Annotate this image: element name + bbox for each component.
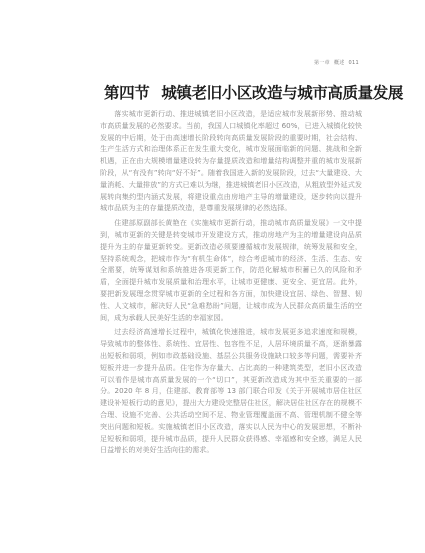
- section-title: 城镇老旧小区改造与城市高质量发展: [161, 84, 403, 102]
- section-number: 第四节: [104, 84, 149, 102]
- chapter-number: 第一章: [314, 60, 330, 66]
- page-number: 011: [349, 60, 359, 66]
- body-text: 落实城市更新行动、推进城镇老旧小区改造，是适应城市发展新形势、推动城市高质量发展…: [100, 108, 362, 459]
- paragraph: 过去经济高速增长过程中，城镇化快速推进，城市发展更多追求速度和规模，导致城市的整…: [100, 326, 362, 456]
- chapter-title: 概述: [334, 60, 345, 66]
- running-header: 第一章概述011: [310, 59, 359, 66]
- paragraph: 住建部原副部长黄艳在《实施城市更新行动，推动城市高质量发展》一文中提到，城市更新…: [100, 217, 362, 323]
- document-page: 第一章概述011 第四节城镇老旧小区改造与城市高质量发展 落实城市更新行动、推进…: [0, 0, 425, 553]
- paragraph: 落实城市更新行动、推进城镇老旧小区改造，是适应城市发展新形势、推动城市高质量发展…: [100, 108, 362, 214]
- section-heading: 第四节城镇老旧小区改造与城市高质量发展: [104, 82, 364, 104]
